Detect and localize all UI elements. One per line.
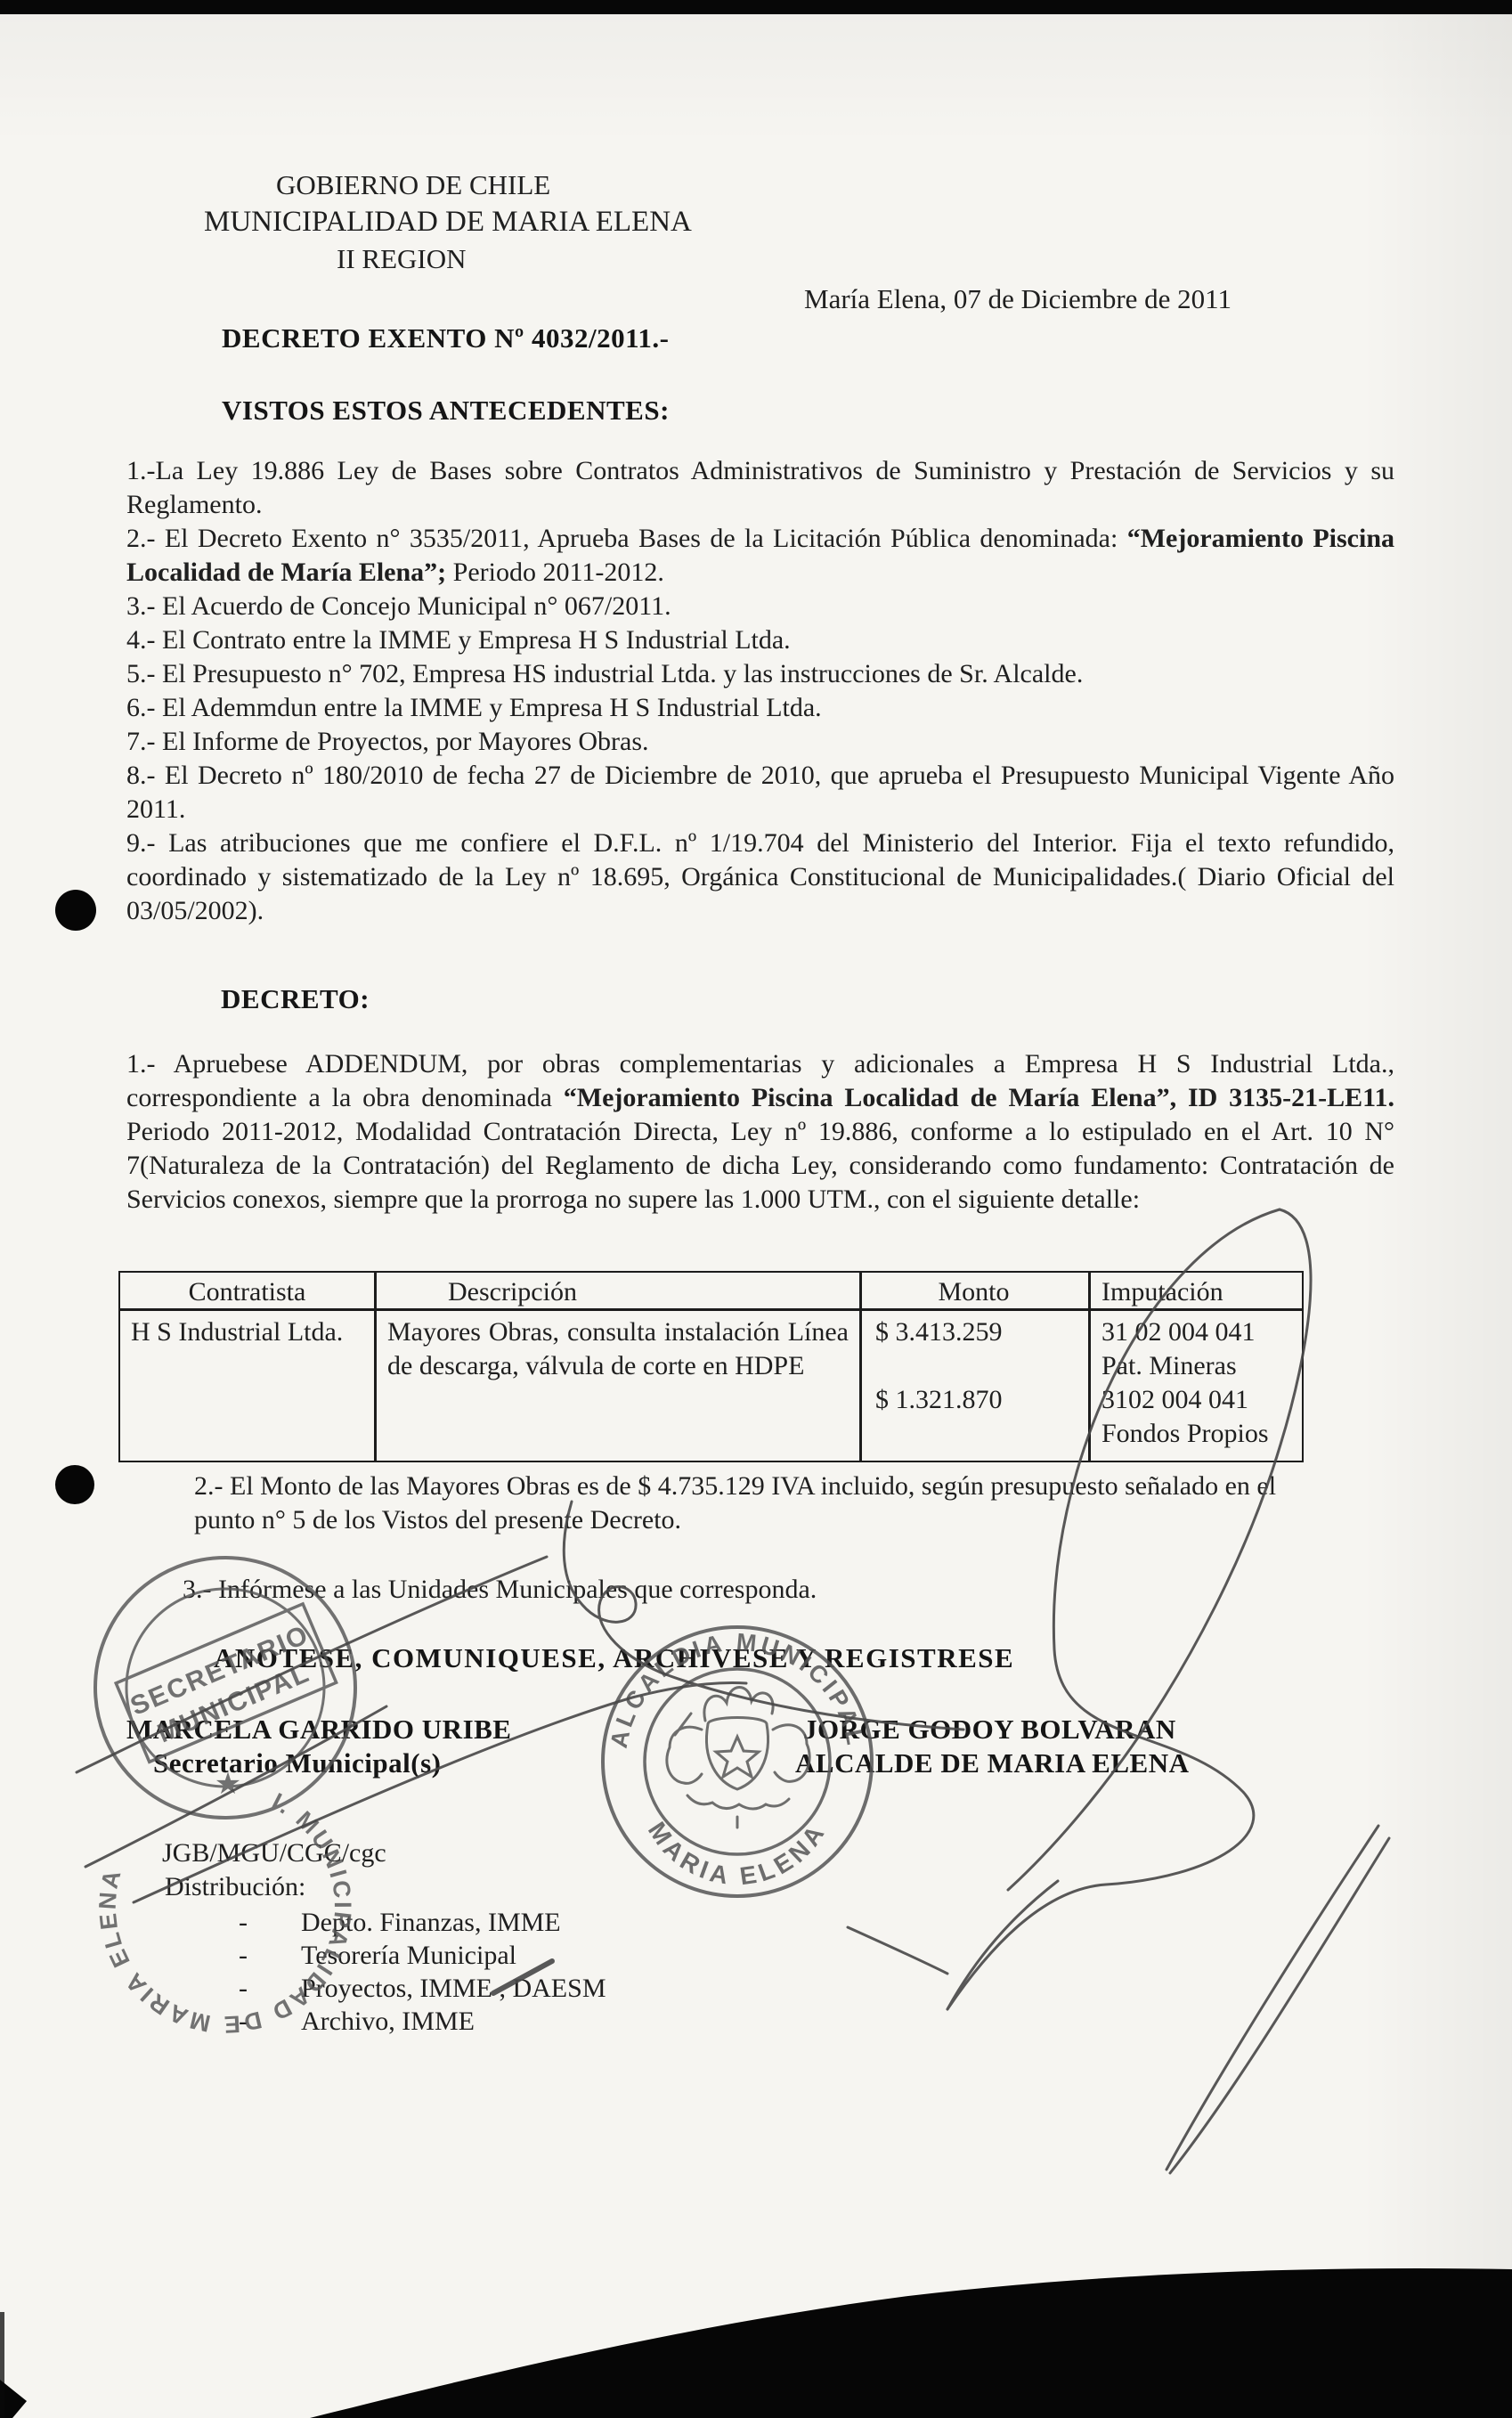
hole-punch-dot — [55, 1465, 94, 1504]
secretary-stamp: I. MUNICIPALIDAD DE MARIA ELENA SECRETAR… — [94, 1558, 357, 2038]
scan-artifacts — [0, 2268, 1512, 2418]
hole-punch-dot — [55, 890, 96, 931]
scanned-decree-page: GOBIERNO DE CHILE MUNICIPALIDAD DE MARIA… — [0, 0, 1512, 2418]
signature-alcalde — [947, 1881, 1058, 2009]
signature-alcalde — [947, 1209, 1280, 2009]
pen-slash — [1170, 1838, 1389, 2173]
stamps-and-signatures-overlay: I. MUNICIPALIDAD DE MARIA ELENA SECRETAR… — [0, 0, 1512, 2418]
scan-edge-strip — [0, 0, 1512, 14]
star-icon: ★ — [215, 1767, 241, 1801]
pen-slash — [848, 1927, 947, 1974]
svg-text:ALCALDIA MUNICIPAL: ALCALDIA MUNICIPAL — [606, 1628, 869, 1750]
scan-black-corner — [310, 2268, 1512, 2418]
check-mark — [493, 1961, 552, 1993]
alcaldia-stamp: ALCALDIA MUNICIPAL MARIA ELENA — [603, 1627, 872, 1896]
scan-edge-sliver — [0, 2312, 4, 2418]
pen-slash — [1167, 1826, 1378, 2170]
signature-alcalde — [1008, 1209, 1311, 1890]
svg-text:I. MUNICIPALIDAD DE MARIA ELEN: I. MUNICIPALIDAD DE MARIA ELENA — [94, 1787, 357, 2038]
